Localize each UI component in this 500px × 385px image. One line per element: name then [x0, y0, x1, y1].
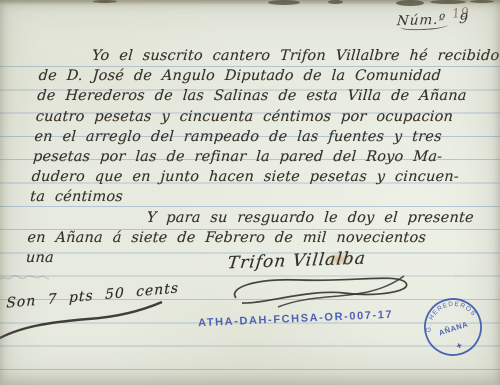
stamp-center-text: AÑANA [438, 319, 469, 337]
manuscript-line: en Añana á siete de Febrero de mil novec… [27, 228, 488, 248]
signature-rubric-flourish [226, 270, 411, 308]
manuscript-body: Yo el suscrito cantero Trifon Villalbre … [25, 46, 500, 268]
bleedthrough-writing [0, 270, 50, 286]
scanned-manuscript-page: 19 Núm.º 9 Yo el suscrito cantero Trifon… [0, 0, 500, 385]
manuscript-line: de D. José de Angulo Diputado de la Comu… [38, 66, 499, 86]
manuscript-line: de Herederos de las Salinas de esta Vill… [37, 86, 498, 106]
edge-artifact [268, 0, 300, 5]
edge-artifact [470, 0, 494, 3]
manuscript-line: Yo el suscrito cantero Trifon Villalbre … [39, 46, 500, 66]
manuscript-line: ta céntimos [29, 187, 490, 207]
manuscript-line: cuatro pesetas y cincuenta céntimos por … [35, 107, 496, 127]
edge-artifact [396, 0, 424, 6]
stamp-bottom-symbol: ✚ [455, 341, 463, 350]
manuscript-line: pesetas por las de refinar la pared del … [32, 147, 493, 167]
manuscript-line: Y para su resguardo le doy el presente [28, 208, 489, 228]
edge-artifact [93, 0, 117, 3]
manuscript-line: en el arreglo del rampeado de las fuente… [34, 127, 495, 147]
edge-artifact [430, 0, 466, 4]
amount-underline-flourish [0, 296, 166, 342]
edge-artifact [328, 0, 343, 4]
page-top-edge-shadow [0, 0, 500, 5]
manuscript-line: dudero que en junto hacen siete pesetas … [31, 167, 492, 187]
